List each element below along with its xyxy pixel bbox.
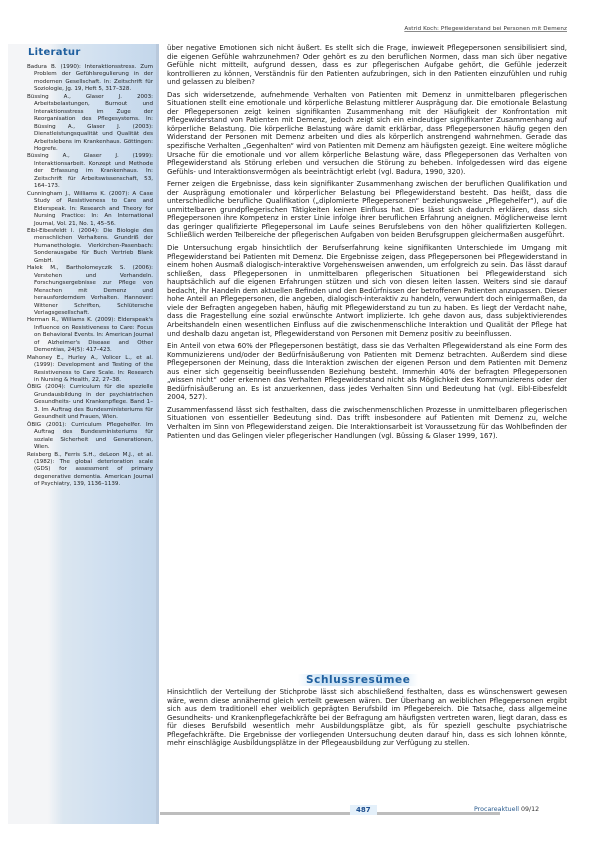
body-paragraph: Die Untersuchung ergab hinsichtlich der …: [167, 244, 567, 338]
reference-item: Büssing A., Glaser J. 2003: Arbeitsbelas…: [27, 94, 153, 154]
running-header: Astrid Koch: Pflegewiderstand bei Person…: [300, 26, 567, 32]
reference-item: ÖBIG (2001): Curriculum Pflegehelfer. Im…: [27, 422, 153, 452]
journal-footer: Procareaktuell 09/12: [474, 806, 539, 813]
journal-name: Procare: [474, 806, 498, 813]
body-paragraph: Ein Anteil von etwa 60% der Pflegeperson…: [167, 342, 567, 402]
body-paragraph: Ferner zeigen die Ergebnisse, dass kein …: [167, 180, 567, 240]
footer-rule: [160, 812, 500, 815]
reference-item: Büssing A., Glaser J. (1999): Interaktio…: [27, 153, 153, 190]
references-title: Literatur: [28, 47, 81, 58]
body-paragraph: Zusammenfassend lässt sich festhalten, d…: [167, 406, 567, 440]
reference-item: Reisberg B., Ferris S.H., deLeon M.J., e…: [27, 452, 153, 489]
references-list: Badura B. (1990): Interaktionsstress. Zu…: [27, 64, 153, 489]
conclusion-heading: Schlussresümee: [298, 674, 418, 686]
reference-item: Eibl-Eibesfeldt I. (2004): Die Biologie …: [27, 228, 153, 265]
issue-number: 09/12: [521, 806, 539, 813]
body-paragraph: über negative Emotionen sich nicht äußer…: [167, 44, 567, 87]
journal-subtitle: aktuell: [498, 806, 519, 813]
reference-item: Herman R., Williams K. (2009): Elderspea…: [27, 317, 153, 354]
reference-item: Badura B. (1990): Interaktionsstress. Zu…: [27, 64, 153, 94]
reference-item: ÖBIG (2004): Curriculum für die speziell…: [27, 384, 153, 421]
reference-item: Halek M., Bartholomeyczik S. (2006): Ver…: [27, 265, 153, 317]
main-text-column: über negative Emotionen sich nicht äußer…: [167, 44, 567, 444]
sidebar-edge-divider: [156, 44, 159, 824]
conclusion-paragraph: Hinsichtlich der Verteilung der Stichpro…: [167, 688, 567, 748]
page-number: 487: [350, 805, 377, 815]
body-paragraph: Das sich widersetzende, aufnehmende Verh…: [167, 91, 567, 176]
reference-item: Mahoney E., Hurley A., Volicer L., et al…: [27, 355, 153, 385]
reference-item: Cunningham J., Williams K. (2007): A Cas…: [27, 191, 153, 228]
